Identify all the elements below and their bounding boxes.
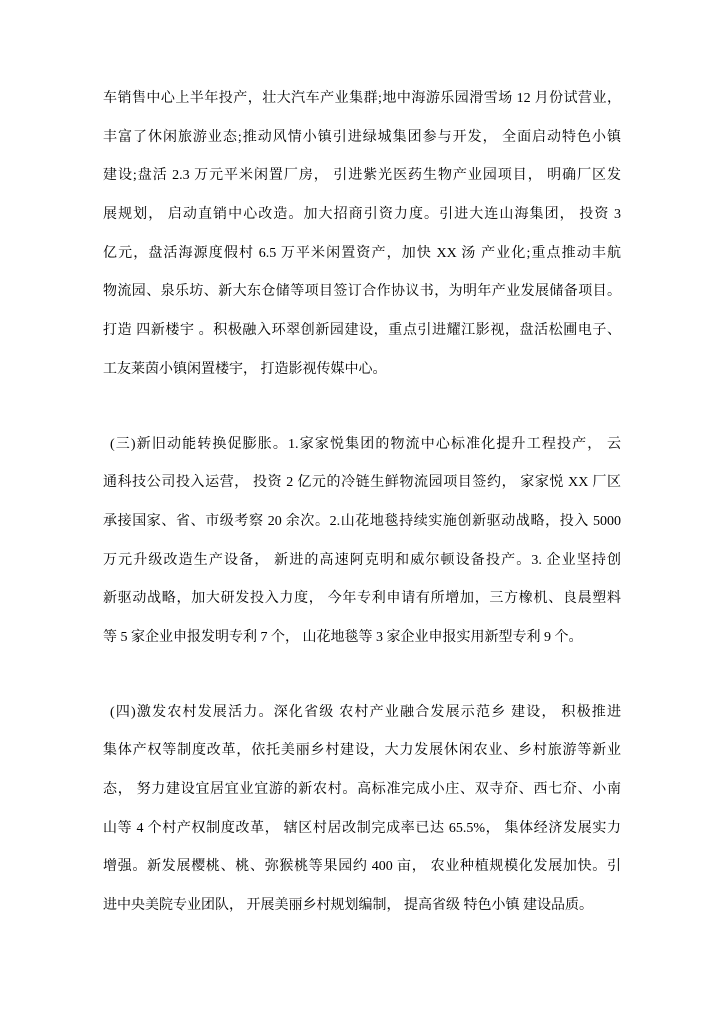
text-line: 进中央美院专业团队， 开展美丽乡村规划编制， 提高省级 特色小镇 建设品质。	[103, 887, 621, 926]
text-line: 展规划， 启动直销中心改造。加大招商引资力度。引进大连山海集团， 投资 3	[103, 196, 621, 235]
text-line: 山等 4 个村产权制度改革， 辖区村居改制完成率已达 65.5%， 集体经济发展…	[103, 810, 621, 849]
text-line: 建设;盘活 2.3 万元平米闲置厂房， 引进紫光医药生物产业园项目， 明确厂区发	[103, 157, 621, 196]
text-line: 丰富了休闲旅游业态;推动风情小镇引进绿城集团参与开发， 全面启动特色小镇	[103, 119, 621, 158]
paragraph-section-three: (三)新旧动能转换促膨胀。1.家家悦集团的物流中心标准化提升工程投产， 云 通科…	[103, 426, 621, 658]
text-line: 增强。新发展樱桃、桃、弥猴桃等果园约 400 亩， 农业种植规模化发展加快。引	[103, 848, 621, 887]
paragraph-section-four: (四)激发农村发展活力。深化省级 农村产业融合发展示范乡 建设， 积极推进 集体…	[103, 694, 621, 926]
text-line: 工友莱茵小镇闲置楼宇， 打造影视传媒中心。	[103, 351, 621, 390]
text-line: 集体产权等制度改革，依托美丽乡村建设，大力发展休闲农业、乡村旅游等新业	[103, 732, 621, 771]
text-line: 通科技公司投入运营， 投资 2 亿元的冷链生鲜物流园项目签约， 家家悦 XX 厂…	[103, 464, 621, 503]
text-line: (三)新旧动能转换促膨胀。1.家家悦集团的物流中心标准化提升工程投产， 云	[103, 426, 621, 465]
text-line: (四)激发农村发展活力。深化省级 农村产业融合发展示范乡 建设， 积极推进	[103, 694, 621, 733]
text-line: 车销售中心上半年投产，壮大汽车产业集群;地中海游乐园滑雪场 12 月份试营业，	[103, 80, 621, 119]
text-line: 等 5 家企业申报发明专利 7 个， 山花地毯等 3 家企业申报实用新型专利 9…	[103, 619, 621, 658]
text-line: 物流园、泉乐坊、新大东仓储等项目签订合作协议书，为明年产业发展储备项目。	[103, 273, 621, 312]
text-line: 打造 四新楼宇 。积极融入环翠创新园建设，重点引进耀江影视，盘活松圃电子、	[103, 312, 621, 351]
text-line: 新驱动战略，加大研发投入力度， 今年专利申请有所增加，三方橡机、良晨塑料	[103, 580, 621, 619]
text-line: 万元升级改造生产设备， 新进的高速阿克明和威尔顿设备投产。3. 企业坚持创	[103, 542, 621, 581]
document-body: 车销售中心上半年投产，壮大汽车产业集群;地中海游乐园滑雪场 12 月份试营业， …	[103, 80, 621, 926]
text-line: 亿元，盘活海源度假村 6.5 万平米闲置资产，加快 XX 汤 产业化;重点推动丰…	[103, 235, 621, 274]
text-line: 态， 努力建设宜居宜业宜游的新农村。高标准完成小庄、双寺夼、西七夼、小南	[103, 771, 621, 810]
text-line: 承接国家、省、市级考察 20 余次。2.山花地毯持续实施创新驱动战略，投入 50…	[103, 503, 621, 542]
paragraph-industry-continuation: 车销售中心上半年投产，壮大汽车产业集群;地中海游乐园滑雪场 12 月份试营业， …	[103, 80, 621, 390]
document-page: 车销售中心上半年投产，壮大汽车产业集群;地中海游乐园滑雪场 12 月份试营业， …	[0, 0, 721, 1020]
